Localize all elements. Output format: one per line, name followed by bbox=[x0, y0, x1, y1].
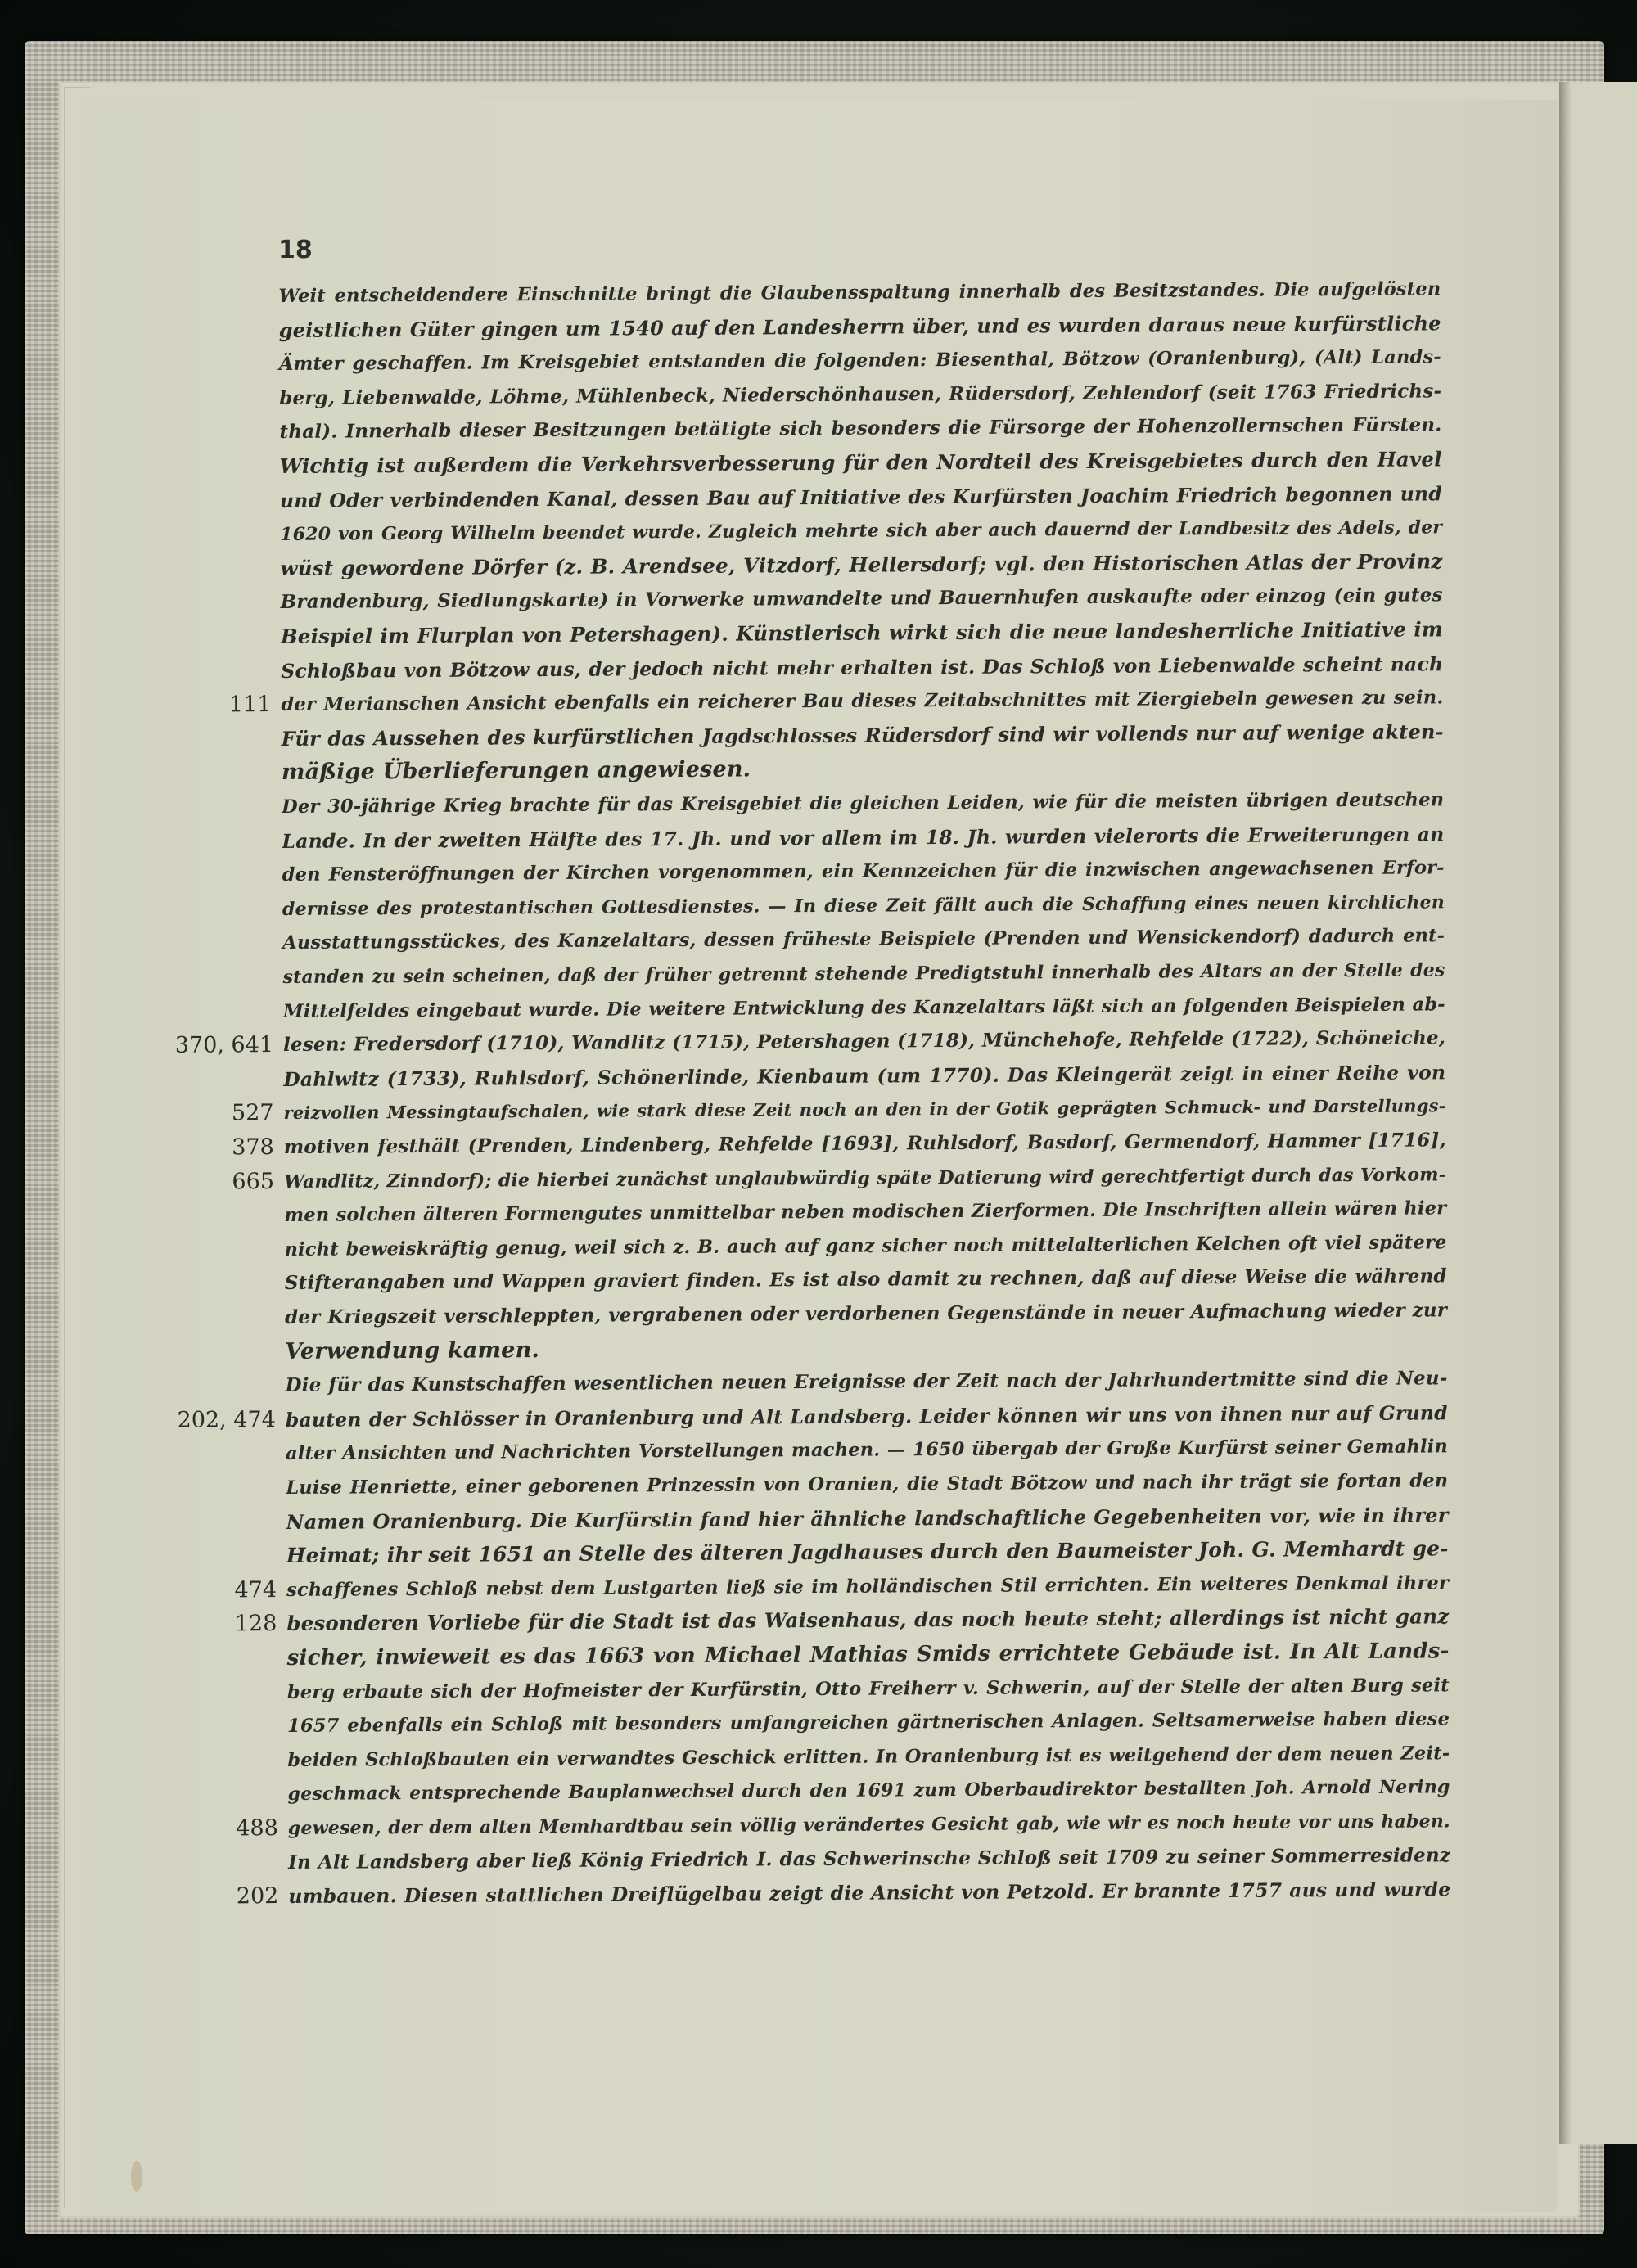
margin-figure-reference: 665 bbox=[232, 1166, 274, 1198]
margin-figure-reference: 202 bbox=[237, 1880, 279, 1913]
margin-figure-reference: 128 bbox=[235, 1607, 277, 1640]
margin-figure-reference: 488 bbox=[236, 1812, 278, 1845]
margin-figure-reference: 202, 474 bbox=[177, 1404, 275, 1437]
margin-figure-reference: 474 bbox=[234, 1574, 277, 1607]
margin-figure-reference: 370, 641 bbox=[175, 1029, 273, 1062]
page-number: 18 bbox=[278, 236, 313, 264]
margin-figure-reference: 378 bbox=[232, 1131, 274, 1164]
paper-stain bbox=[131, 2161, 142, 2192]
book-gutter bbox=[1559, 82, 1571, 2144]
facing-page-edge bbox=[1571, 82, 1637, 2144]
margin-figure-reference: 527 bbox=[232, 1097, 274, 1129]
margin-figure-reference: 111 bbox=[229, 688, 272, 721]
scanned-book-scene: 18 Weit entscheidendere Einschnitte brin… bbox=[0, 0, 1637, 2268]
